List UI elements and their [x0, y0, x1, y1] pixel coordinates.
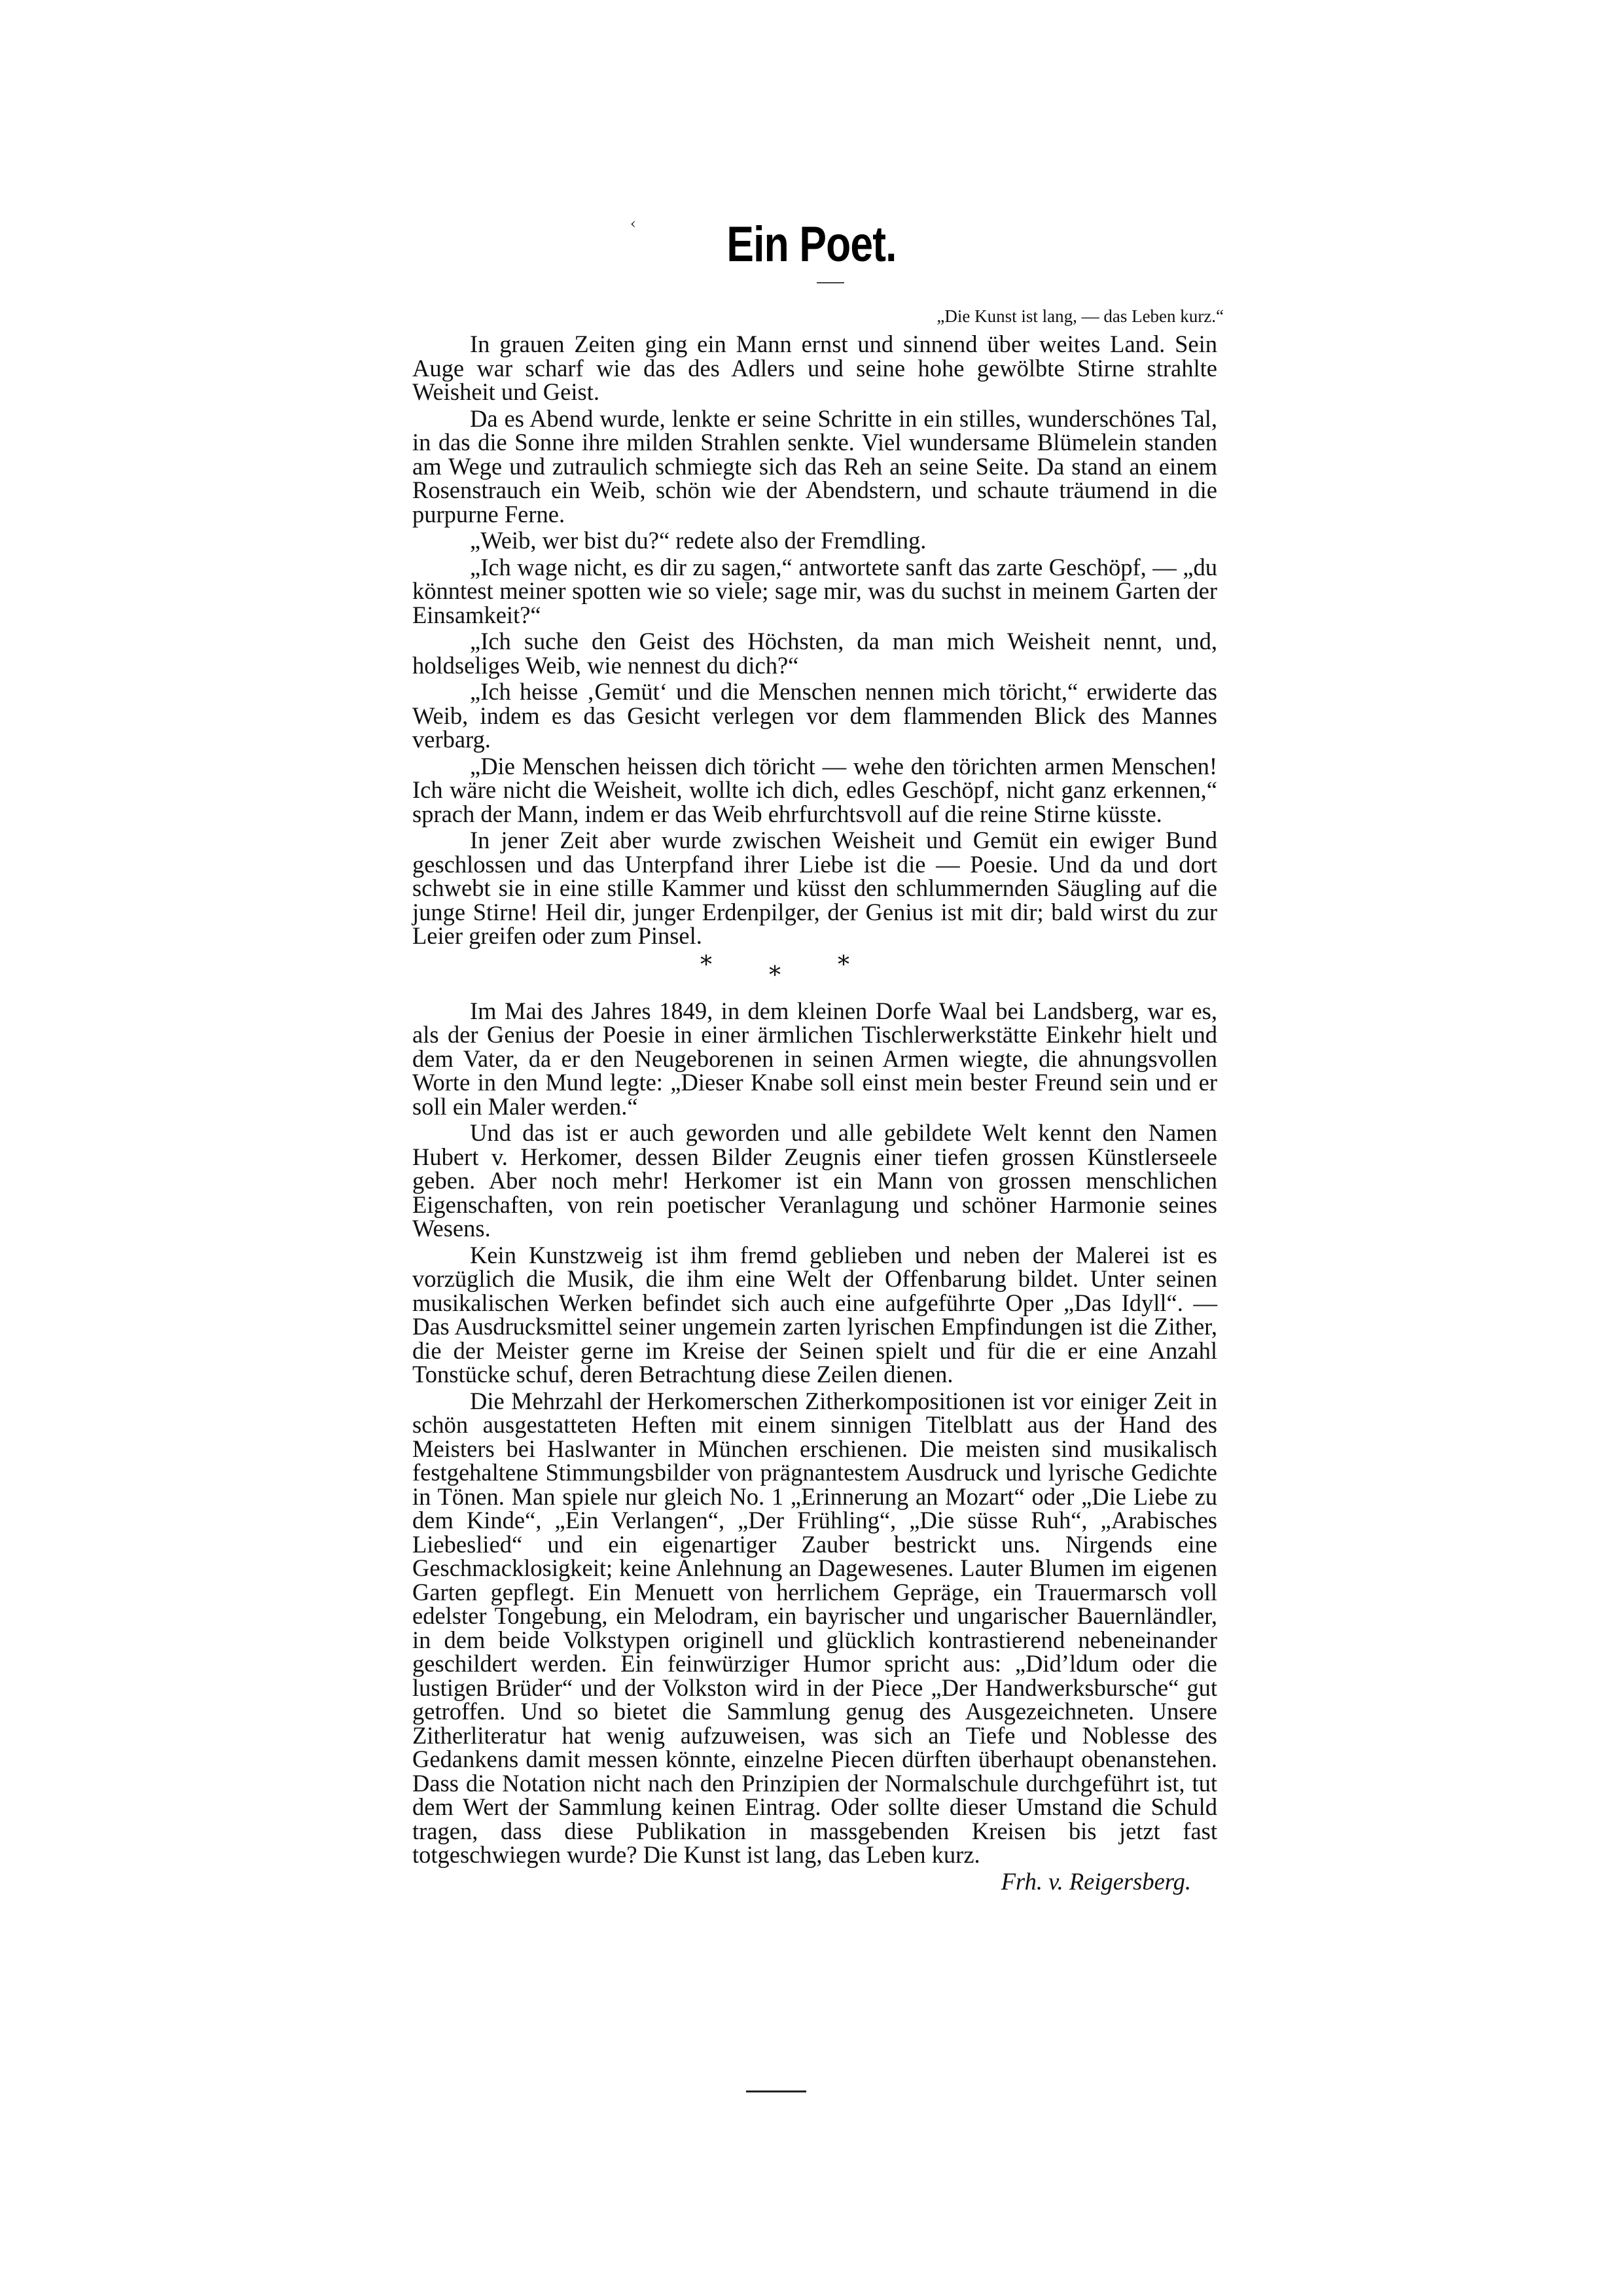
asterisk-icon: *	[700, 954, 712, 978]
document-page: ‹ Ein Poet. „Die Kunst ist lang, — das L…	[0, 0, 1623, 2296]
paragraph: Und das ist er auch geworden und alle ge…	[412, 1121, 1217, 1241]
article-part-1: In grauen Zeiten ging ein Mann ernst und…	[412, 332, 1217, 948]
paragraph: Im Mai des Jahres 1849, in dem kleinen D…	[412, 999, 1217, 1119]
paragraph: „Die Menschen heissen dich töricht — weh…	[412, 755, 1217, 827]
paragraph: Kein Kunstzweig ist ihm fremd geblieben …	[412, 1244, 1217, 1387]
paragraph: „Ich wage nicht, es dir zu sagen,“ antwo…	[412, 556, 1217, 628]
author-signature: Frh. v. Reigersberg.	[412, 1870, 1217, 1894]
motto-epigraph: „Die Kunst ist lang, — das Leben kurz.“	[766, 306, 1224, 327]
article-body: In grauen Zeiten ging ein Mann ernst und…	[412, 332, 1217, 1893]
section-divider-asterisks: * * *	[412, 948, 1217, 999]
title-divider-rule	[817, 282, 844, 283]
asterisk-icon: *	[838, 954, 849, 978]
paragraph: In grauen Zeiten ging ein Mann ernst und…	[412, 332, 1217, 404]
article-title: Ein Poet.	[146, 216, 1477, 273]
paragraph: Die Mehrzahl der Herkomerschen Zitherkom…	[412, 1390, 1217, 1867]
paragraph: „Ich suche den Geist des Höchsten, da ma…	[412, 630, 1217, 677]
end-rule	[746, 2090, 806, 2092]
article-part-2: Im Mai des Jahres 1849, in dem kleinen D…	[412, 999, 1217, 1867]
asterisk-icon: *	[769, 964, 781, 988]
paragraph: Da es Abend wurde, lenkte er seine Schri…	[412, 407, 1217, 527]
paragraph: „Ich heisse ‚Gemüt‘ und die Menschen nen…	[412, 680, 1217, 752]
paragraph: In jener Zeit aber wurde zwischen Weishe…	[412, 829, 1217, 948]
paragraph: „Weib, wer bist du?“ redete also der Fre…	[412, 529, 1217, 553]
